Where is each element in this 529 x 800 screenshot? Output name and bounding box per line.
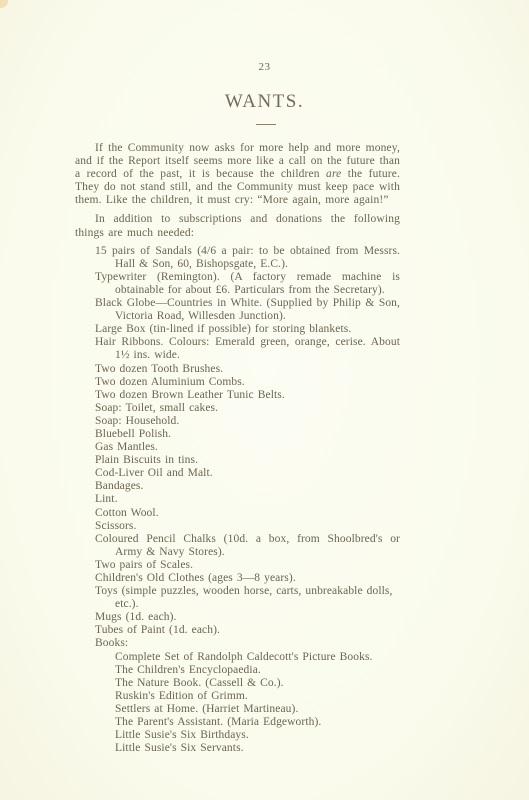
- list-item: Typewriter (Remington). (A factory remad…: [75, 271, 400, 297]
- list-item: Plain Biscuits in tins.: [75, 454, 400, 467]
- title-divider: [256, 124, 276, 125]
- list-item-books-heading: Books:: [75, 637, 400, 650]
- list-item: Large Box (tin-lined if possible) for st…: [75, 323, 400, 336]
- list-item: Two dozen Aluminium Combs.: [75, 376, 400, 389]
- book-item: Complete Set of Randolph Caldecott's Pic…: [75, 651, 400, 664]
- list-item: Cotton Wool.: [75, 507, 400, 520]
- page-body: If the Community now asks for more help …: [75, 142, 400, 755]
- document-page: 23 WANTS. If the Community now asks for …: [0, 0, 529, 800]
- book-item: Little Susie's Six Birthdays.: [75, 729, 400, 742]
- list-item: Hair Ribbons. Colours: Emerald green, or…: [75, 336, 400, 362]
- list-item: Black Globe—Countries in White. (Supplie…: [75, 297, 400, 323]
- list-item: Coloured Pencil Chalks (10d. a box, from…: [75, 533, 400, 559]
- book-item: The Parent's Assistant. (Maria Edgeworth…: [75, 716, 400, 729]
- list-item: Gas Mantles.: [75, 441, 400, 454]
- list-item: Bluebell Polish.: [75, 428, 400, 441]
- list-item: Mugs (1d. each).: [75, 611, 400, 624]
- list-item: Soap: Household.: [75, 415, 400, 428]
- list-item: Children's Old Clothes (ages 3—8 years).: [75, 572, 400, 585]
- wants-list: 15 pairs of Sandals (4/6 a pair: to be o…: [75, 245, 400, 756]
- needs-paragraph: In addition to subscriptions and donatio…: [75, 213, 400, 239]
- list-item: Soap: Toilet, small cakes.: [75, 402, 400, 415]
- list-item: Two dozen Tooth Brushes.: [75, 363, 400, 376]
- intro-paragraph: If the Community now asks for more help …: [75, 142, 400, 207]
- list-item: Two pairs of Scales.: [75, 559, 400, 572]
- book-item: Settlers at Home. (Harriet Martineau).: [75, 703, 400, 716]
- page-number: 23: [0, 61, 529, 73]
- page-title: WANTS.: [0, 91, 529, 113]
- intro-emphasis: are: [326, 168, 341, 180]
- list-item: Tubes of Paint (1d. each).: [75, 624, 400, 637]
- list-item: 15 pairs of Sandals (4/6 a pair: to be o…: [75, 245, 400, 271]
- list-item: Bandages.: [75, 480, 400, 493]
- book-item: Little Susie's Six Servants.: [75, 742, 400, 755]
- list-item: Two dozen Brown Leather Tunic Belts.: [75, 389, 400, 402]
- paper-stain: [0, 0, 8, 8]
- book-item: The Children's Encyclopaedia.: [75, 664, 400, 677]
- list-item: Toys (simple puzzles, wooden horse, cart…: [75, 585, 400, 611]
- list-item: Cod-Liver Oil and Malt.: [75, 467, 400, 480]
- list-item: Scissors.: [75, 520, 400, 533]
- list-item: Lint.: [75, 493, 400, 506]
- book-item: Ruskin's Edition of Grimm.: [75, 690, 400, 703]
- book-item: The Nature Book. (Cassell & Co.).: [75, 677, 400, 690]
